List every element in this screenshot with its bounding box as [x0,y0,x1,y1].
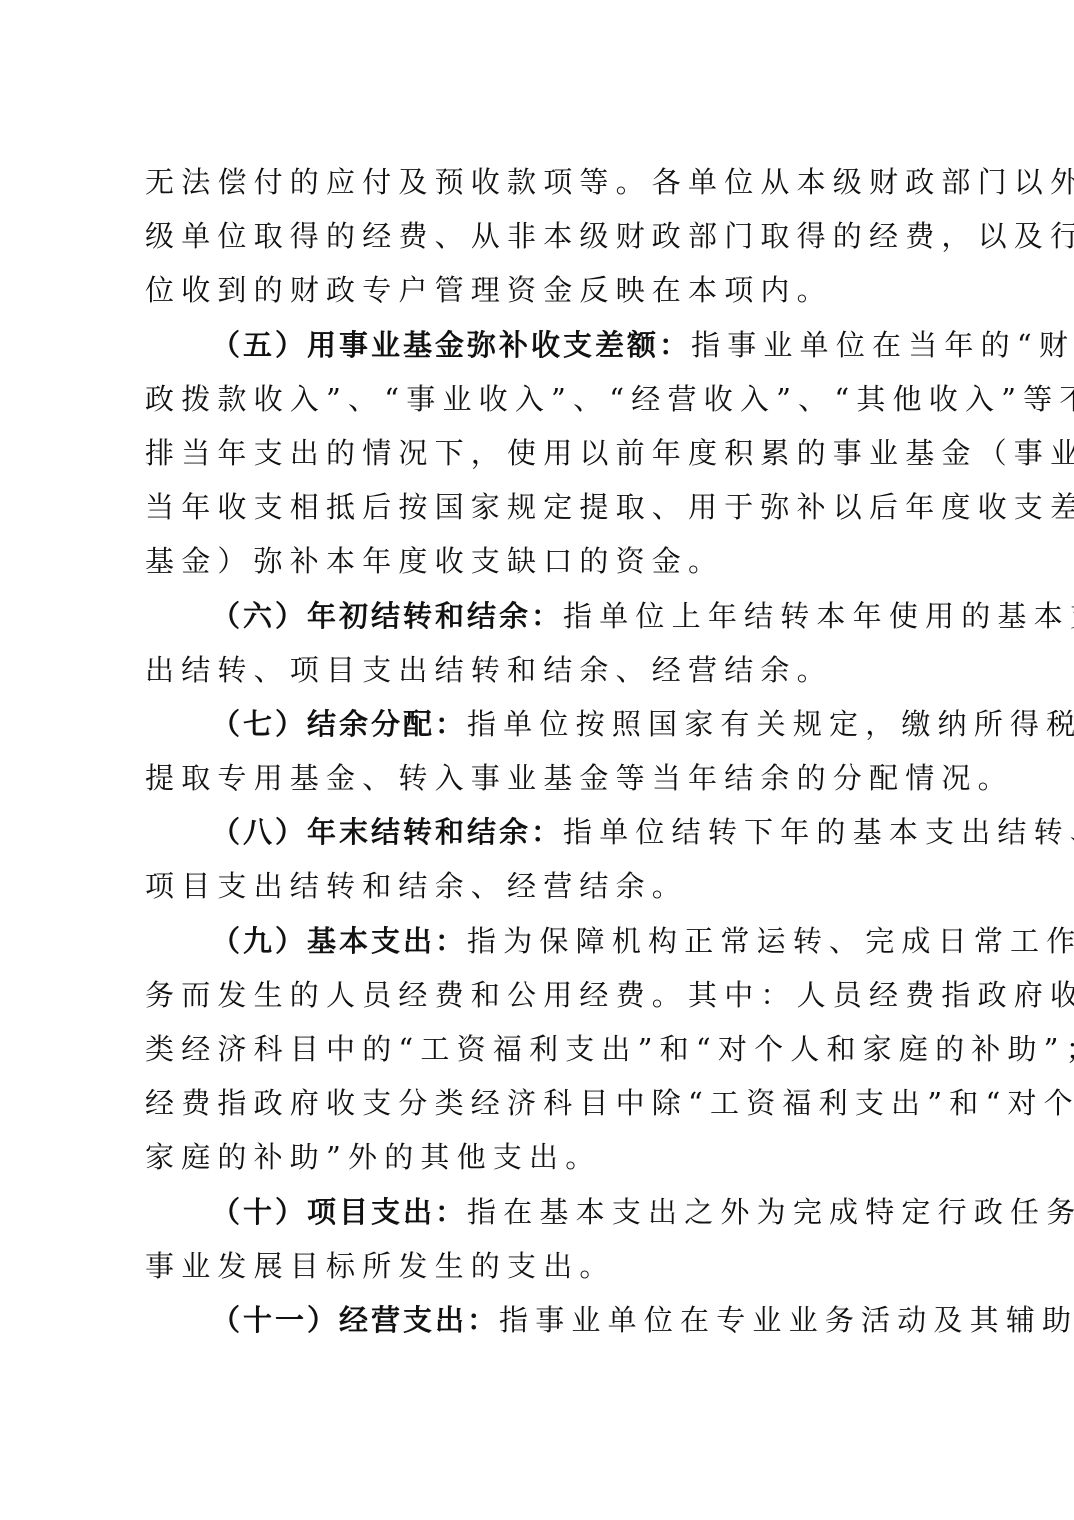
body-text: 指事业单位在专业业务活动及其辅助活 [499,1303,1074,1337]
body-text: 基金）弥补本年度收支缺口的资金。 [145,544,724,578]
body-text: 项目支出结转和结余、经营结余。 [145,869,688,903]
body-text: 指单位上年结转本年使用的基本支 [563,599,1074,633]
body-text: 家庭的补助”外的其他支出。 [145,1140,601,1174]
section-heading: （十）项目支出： [211,1195,467,1229]
paragraph-heading-line: （六）年初结转和结余：指单位上年结转本年使用的基本支 [145,589,945,643]
body-text: 无法偿付的应付及预收款项等。各单位从本级财政部门以外的同 [145,165,1074,199]
paragraph-heading-line: （十一）经营支出：指事业单位在专业业务活动及其辅助活 [145,1293,945,1347]
text-line: 经费指政府收支分类经济科目中除“工资福利支出”和“对个人和 [145,1076,945,1130]
text-line: 当年收支相抵后按国家规定提取、用于弥补以后年度收支差额的 [145,480,945,534]
body-text: 务而发生的人员经费和公用经费。其中：人员经费指政府收支分 [145,978,1074,1012]
document-page: 无法偿付的应付及预收款项等。各单位从本级财政部门以外的同 级单位取得的经费、从非… [145,155,945,1347]
text-line: 位收到的财政专户管理资金反映在本项内。 [145,263,945,317]
body-text: 指为保障机构正常运转、完成日常工作任 [467,924,1074,958]
paragraph-heading-line: （九）基本支出：指为保障机构正常运转、完成日常工作任 [145,914,945,968]
body-text: 指在基本支出之外为完成特定行政任务和 [467,1195,1074,1229]
paragraph-heading-line: （八）年末结转和结余：指单位结转下年的基本支出结转、 [145,805,945,859]
body-text: 提取专用基金、转入事业基金等当年结余的分配情况。 [145,761,1014,795]
text-line: 提取专用基金、转入事业基金等当年结余的分配情况。 [145,751,945,805]
text-line: 出结转、项目支出结转和结余、经营结余。 [145,643,945,697]
section-heading: （八）年末结转和结余： [211,815,563,849]
text-line: 级单位取得的经费、从非本级财政部门取得的经费，以及行政单 [145,209,945,263]
text-line: 排当年支出的情况下，使用以前年度积累的事业基金（事业单位 [145,426,945,480]
body-text: 排当年支出的情况下，使用以前年度积累的事业基金（事业单位 [145,436,1074,470]
body-text: 政拨款收入”、“事业收入”、“经营收入”、“其他收入”等不足以安 [145,382,1074,416]
body-text: 位收到的财政专户管理资金反映在本项内。 [145,273,833,307]
section-heading: （六）年初结转和结余： [211,599,563,633]
body-text: 指单位结转下年的基本支出结转、 [563,815,1074,849]
text-line: 无法偿付的应付及预收款项等。各单位从本级财政部门以外的同 [145,155,945,209]
text-line: 家庭的补助”外的其他支出。 [145,1130,945,1184]
section-heading: （九）基本支出： [211,924,467,958]
text-line: 事业发展目标所发生的支出。 [145,1239,945,1293]
body-text: 经费指政府收支分类经济科目中除“工资福利支出”和“对个人和 [145,1086,1074,1120]
body-text: 类经济科目中的“工资福利支出”和“对个人和家庭的补助”；公用 [145,1032,1074,1066]
text-line: 政拨款收入”、“事业收入”、“经营收入”、“其他收入”等不足以安 [145,372,945,426]
section-heading: （十一）经营支出： [211,1303,499,1337]
body-text: 当年收支相抵后按国家规定提取、用于弥补以后年度收支差额的 [145,490,1074,524]
body-text: 指单位按照国家有关规定，缴纳所得税、 [467,707,1074,741]
paragraph-heading-line: （七）结余分配：指单位按照国家有关规定，缴纳所得税、 [145,697,945,751]
section-heading: （七）结余分配： [211,707,467,741]
text-line: 基金）弥补本年度收支缺口的资金。 [145,534,945,588]
text-line: 项目支出结转和结余、经营结余。 [145,859,945,913]
body-text: 指事业单位在当年的“财 [691,328,1074,362]
text-line: 务而发生的人员经费和公用经费。其中：人员经费指政府收支分 [145,968,945,1022]
body-text: 出结转、项目支出结转和结余、经营结余。 [145,653,833,687]
paragraph-heading-line: （五）用事业基金弥补收支差额：指事业单位在当年的“财 [145,318,945,372]
section-heading: （五）用事业基金弥补收支差额： [211,328,691,362]
text-line: 类经济科目中的“工资福利支出”和“对个人和家庭的补助”；公用 [145,1022,945,1076]
body-text: 级单位取得的经费、从非本级财政部门取得的经费，以及行政单 [145,219,1074,253]
body-text: 事业发展目标所发生的支出。 [145,1249,616,1283]
paragraph-heading-line: （十）项目支出：指在基本支出之外为完成特定行政任务和 [145,1185,945,1239]
